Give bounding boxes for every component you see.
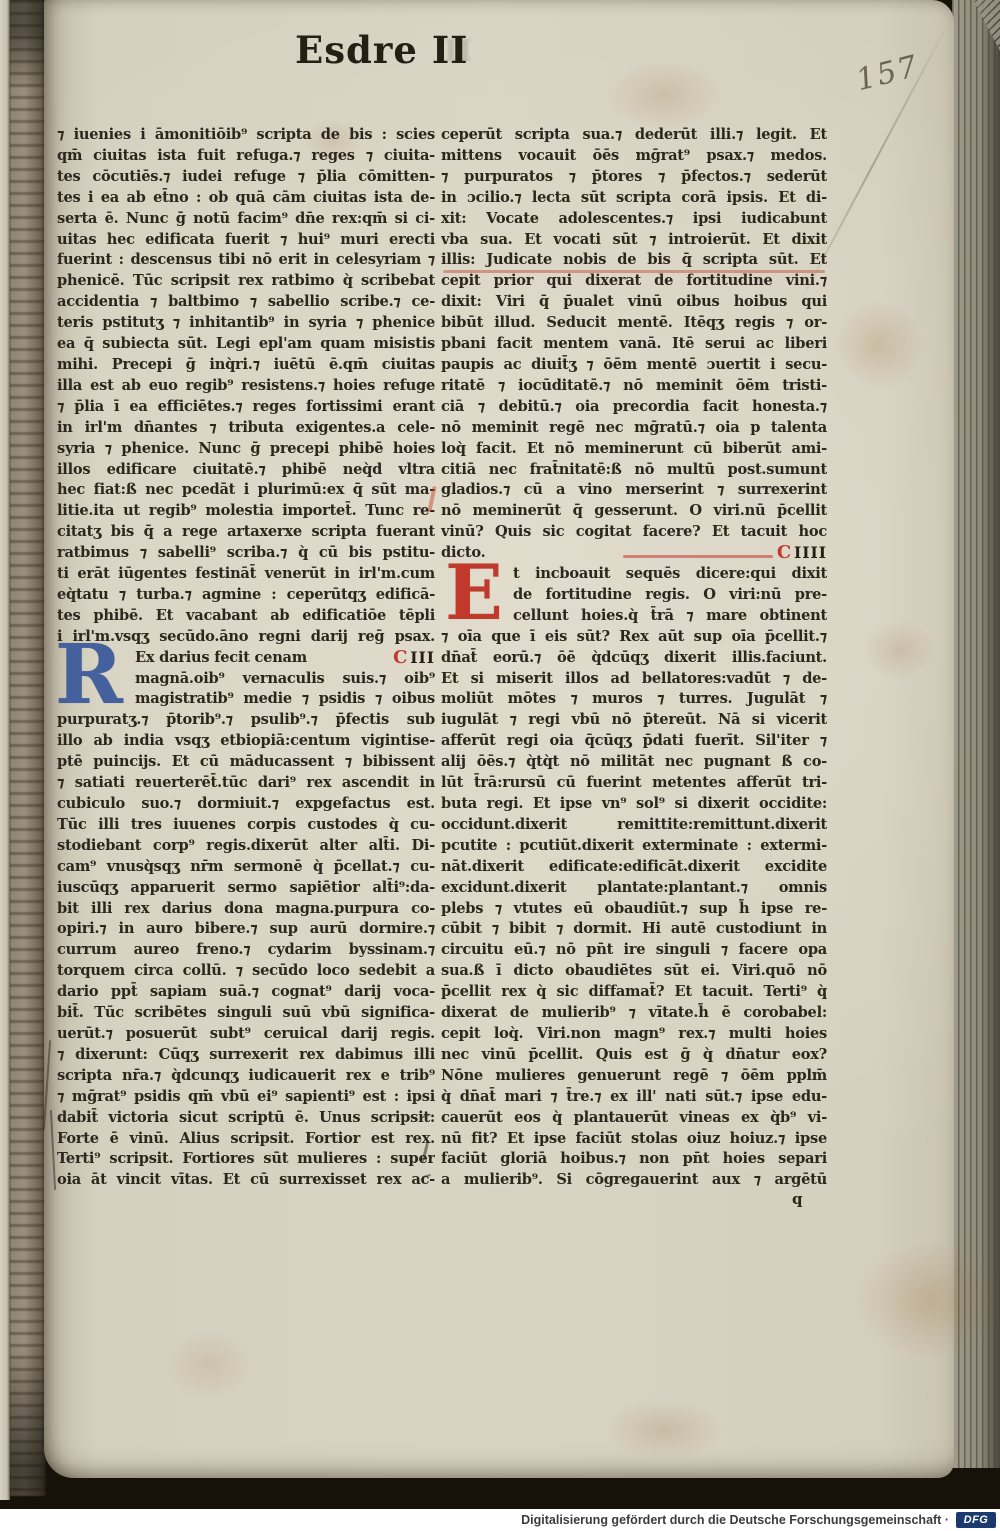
line-text: torquem circa collū. ⁊ secūdo loco sedeb… (57, 961, 435, 982)
line-text: tes cōcutiēs.⁊ iudei refuge ⁊ p̄lia cōmi… (57, 167, 435, 188)
text-line: tes cōcutiēs.⁊ iudei refuge ⁊ p̄lia cōmi… (57, 167, 435, 188)
line-text: dabit̄ victoria sicut scriptū ē. Unus sc… (57, 1108, 435, 1129)
text-line: xit: Vocate adolescentes.⁊ ipsi iudicabu… (441, 209, 827, 230)
text-line: torquem circa collū. ⁊ secūdo loco sedeb… (57, 961, 435, 982)
text-line: ptē puincijs. Et cū māducassent ⁊ bibiss… (57, 752, 435, 773)
book-foredge (0, 0, 10, 1500)
line-text: uerūt.⁊ posuerūt subt⁹ ceruical darij re… (57, 1024, 435, 1045)
text-line: ⁊ dixerunt: Cūqʒ surrexerit rex dabimus … (57, 1045, 435, 1066)
pen-marginalia (50, 1110, 56, 1190)
text-line: tes i ea ab et̄no : ob quā cām ciuitas i… (57, 188, 435, 209)
line-text: ⁊ iuenies i āmonitiōib⁹ scripta de bis :… (57, 125, 435, 146)
text-line: eq̀tatu ⁊ turba.⁊ agmine : ceperūtqʒ edi… (57, 585, 435, 606)
text-line: ritatē ⁊ iocūditatē.⁊ nō meminit ōēm tri… (441, 376, 827, 397)
line-text: ⁊ purpuratos ⁊ p̄tores ⁊ p̄fectos.⁊ sede… (441, 167, 827, 188)
digitization-footer: Digitalisierung gefördert durch die Deut… (0, 1509, 1000, 1531)
line-text: ceperūt scripta sua.⁊ dederūt illi.⁊ leg… (441, 125, 827, 146)
line-text: cepit prior qui dixerat de fortitudine v… (441, 271, 827, 292)
line-text: dixit: Viri q̄ p̄ualet vinū oibus hoibus… (441, 292, 827, 313)
line-text: Tūc illi tres iuuenes corpis custodes q̀… (57, 815, 435, 836)
text-line: ratbimus ⁊ sabelli⁹ scriba.⁊ q̀ cū bis p… (57, 543, 435, 564)
line-text: tes phibē. Et vacabant ab edificatiōe tē… (57, 606, 435, 627)
line-text: paupis ac diuit̄ʒ ⁊ ōēm mentē ɔuertit i … (441, 355, 827, 376)
text-line: dario ppt̄ sapiam suā.⁊ cognat⁹ darij vo… (57, 982, 435, 1003)
text-line: cepit prior qui dixerat de fortitudine v… (441, 271, 827, 292)
line-text: cūbit ⁊ bibit ⁊ dormit. Hi autē custodiu… (441, 919, 827, 940)
line-text: occidunt.dixerit remittite:remittunt.dix… (441, 815, 827, 836)
line-text: buta regi. Et ipse vn⁹ sol⁹ si dixerit o… (441, 794, 827, 815)
line-text: citatʒ bis q̄ a rege artaxerxe scripta f… (57, 522, 435, 543)
text-line: uitas hec edificata fuerit ⁊ hui⁹ muri e… (57, 230, 435, 251)
line-text: stodiebant corp⁹ regis.dixerūt alter alt… (57, 836, 435, 857)
line-text: illis: Judicate nobis de bis q̄ scripta … (441, 250, 827, 271)
line-text: bit̄. Tūc scribētes singuli suū vbū sign… (57, 1003, 435, 1024)
chapter-numeral: III (410, 648, 435, 669)
line-text: ptē puincijs. Et cū māducassent ⁊ bibiss… (57, 752, 435, 773)
text-line: ciā ⁊ debitū.⁊ oia precordia facit hones… (441, 397, 827, 418)
scan-background: Esdre II II 157 ⁊ iuenies i āmonitiōib⁹ … (0, 0, 1000, 1531)
text-line: loq̀ facit. Et nō meminerunt cū biberūt … (441, 439, 827, 460)
stain (604, 60, 724, 130)
text-line: dn̄at̄ eorū.⁊ ōē q̀dcūqʒ dixerit illis.f… (441, 648, 827, 669)
text-line: bit̄. Tūc scribētes singuli suū vbū sign… (57, 1003, 435, 1024)
text-line: occidunt.dixerit remittite:remittunt.dix… (441, 815, 827, 836)
text-line: plebs ⁊ vtutes eū obaudiūt.⁊ sup h̄ ipse… (441, 899, 827, 920)
line-text: nō meminit regē nec mḡratū.⁊ oia p talen… (441, 418, 827, 439)
text-line: cam⁹ vnusq̀sqʒ nr̄m sermonē q̀ p̄cellat.… (57, 857, 435, 878)
line-text: ritatē ⁊ iocūditatē.⁊ nō meminit ōēm tri… (441, 376, 827, 397)
paragraphus-icon: C (393, 648, 407, 669)
text-line: ⁊ satiati reuerterēt̄.tūc dari⁹ rex asce… (57, 773, 435, 794)
text-line: nec vinū p̄cellit. Quis est ḡ q̀ dn̄atur… (441, 1045, 827, 1066)
line-text: iuscūqʒ apparuerit sermo sapiētior alt̄i… (57, 878, 435, 899)
text-line: illo ab india vsqʒ etbiopiā:centum vigin… (57, 731, 435, 752)
line-text: de fortitudine regis. O viri:nū pre- (513, 585, 827, 606)
stain (834, 300, 924, 390)
text-line: iuscūqʒ apparuerit sermo sapiētior alt̄i… (57, 878, 435, 899)
text-line: nō meminit regē nec mḡratū.⁊ oia p talen… (441, 418, 827, 439)
text-line: uerūt.⁊ posuerūt subt⁹ ceruical darij re… (57, 1024, 435, 1045)
lombardic-initial-e: E (439, 564, 509, 622)
line-text: cam⁹ vnusq̀sqʒ nr̄m sermonē q̀ p̄cellat.… (57, 857, 435, 878)
text-line: pcutite : pcutiūt.dixerit exterminate : … (441, 836, 827, 857)
digitization-credit-text: Digitalisierung gefördert durch die Deut… (521, 1513, 949, 1527)
text-line: syria ⁊ phenice. Nunc ḡ precepi phibē ho… (57, 439, 435, 460)
line-text: dario ppt̄ sapiam suā.⁊ cognat⁹ darij vo… (57, 982, 435, 1003)
line-text: plebs ⁊ vtutes eū obaudiūt.⁊ sup h̄ ipse… (441, 899, 827, 920)
line-text: vinū? Quis sic cogitat facere? Et tacuit… (441, 522, 827, 543)
text-line: fuerint : descensus tibi nō erit in cele… (57, 250, 435, 271)
dfg-logo: DFG (956, 1512, 996, 1528)
line-text: tes i ea ab et̄no : ob quā cām ciuitas i… (57, 188, 435, 209)
line-text: nō meminerūt q̄ gesserunt. O viri.nū p̄c… (441, 501, 827, 522)
line-text: ⁊ p̄lia ī ea efficiētes.⁊ reges fortissi… (57, 397, 435, 418)
chapter-numeral: IIII (794, 543, 827, 564)
text-line: nū fit? Et ipse faciūt stolas oiuz hoiuz… (441, 1129, 827, 1150)
line-text: in irl'm dn̄antes ⁊ tributa exigentes.a … (57, 418, 435, 439)
line-text: citiā nec frat̄nitatē:ß nō multū post.su… (441, 460, 827, 481)
paragraphus-icon: C (777, 543, 791, 564)
line-text: oia āt vincit vītas. Et cū surrexisset r… (57, 1170, 435, 1191)
line-text: uitas hec edificata fuerit ⁊ hui⁹ muri e… (57, 230, 435, 251)
text-line: cubiculo suo.⁊ dormiuit.⁊ expgefactus es… (57, 794, 435, 815)
line-text: q̀ dn̄at̄ mari ⁊ t̄re.⁊ ex ill' nati sūt… (441, 1087, 827, 1108)
text-line: mihi. Precepi ḡ inq̀ri.⁊ iuētū ē.qm̄ ciu… (57, 355, 435, 376)
stain (864, 620, 934, 680)
text-line: vba sua. Et vocati sūt ⁊ introierūt. Et … (441, 230, 827, 251)
line-text: nāt.dixerit edificate:edificāt.dixerit e… (441, 857, 827, 878)
line-text: nū fit? Et ipse faciūt stolas oiuz hoiuz… (441, 1129, 827, 1150)
line-text: lūt t̄rā:rursū cū fuerint metentes affer… (441, 773, 827, 794)
text-line: currum aureo freno.⁊ cydarim byssinam.⁊ (57, 940, 435, 961)
text-line: ⁊ purpuratos ⁊ p̄tores ⁊ p̄fectos.⁊ sede… (441, 167, 827, 188)
line-text: Terti⁹ scripsit. Fortiores sūt mulieres … (57, 1149, 435, 1170)
line-text: gladios.⁊ cū a vino merserint ⁊ surrexer… (441, 480, 827, 501)
line-text: accidentia ⁊ baltbimo ⁊ sabellio scribe.… (57, 292, 435, 313)
line-text: cauerūt eos q̀ plantauerūt vineas ex q̀b… (441, 1108, 827, 1129)
line-text: cellunt hoies.q̀ t̄rā ⁊ mare obtinent (513, 606, 827, 627)
text-line: cepit loq̀. Viri.non magn⁹ rex.⁊ multi h… (441, 1024, 827, 1045)
stain (604, 1400, 724, 1460)
text-line: a mulierib⁹. Si cōgregauerint aux ⁊ argē… (441, 1170, 827, 1191)
line-text: syria ⁊ phenice. Nunc ḡ precepi phibē ho… (57, 439, 435, 460)
line-text: loq̀ facit. Et nō meminerunt cū biberūt … (441, 439, 827, 460)
line-text: ⁊ satiati reuerterēt̄.tūc dari⁹ rex asce… (57, 773, 435, 794)
line-text: mihi. Precepi ḡ inq̀ri.⁊ iuētū ē.qm̄ ciu… (57, 355, 435, 376)
catchword: q (792, 1190, 803, 1208)
text-line: iugulāt ⁊ regi vbū nō p̄tereūt. Nā si vi… (441, 710, 827, 731)
line-text: magnā.oib⁹ vernaculis suis.⁊ oib⁹ (135, 669, 435, 690)
line-text: Forte ē vinū. Alius scripsit. Fortior es… (57, 1129, 435, 1150)
text-line: p̄cellit rex q̀ sic diffamat̄? Et tacuit… (441, 982, 827, 1003)
text-line: accidentia ⁊ baltbimo ⁊ sabellio scribe.… (57, 292, 435, 313)
line-text: opiri.⁊ in auro bibere.⁊ sup aurū dormir… (57, 919, 435, 940)
line-text: Et si miserit illos ad bellatores:vadūt … (441, 669, 827, 690)
line-text: p̄cellit rex q̀ sic diffamat̄? Et tacuit… (441, 982, 827, 1003)
text-line: serta ē. Nunc ḡ notū facim⁹ dn̄e rex:qm̄… (57, 209, 435, 230)
page-edge-stack-right (952, 0, 1000, 1468)
line-text: pbani facit mentem vanā. Itē serui ac li… (441, 334, 827, 355)
line-text: hec fiat:ß nec pcedāt i plurimū:ex q̄ sū… (57, 480, 435, 501)
text-line: Et si miserit illos ad bellatores:vadūt … (441, 669, 827, 690)
text-line: Forte ē vinū. Alius scripsit. Fortior es… (57, 1129, 435, 1150)
line-text: dixerat de mulierib⁹ ⁊ vītate.h̄ ē corob… (441, 1003, 827, 1024)
text-line: ceperūt scripta sua.⁊ dederūt illi.⁊ leg… (441, 125, 827, 146)
line-text: alij ōēs.⁊ q̀tq̀t nō militāt nec pugnant… (441, 752, 827, 773)
text-line: ⁊ iuenies i āmonitiōib⁹ scripta de bis :… (57, 125, 435, 146)
text-line: paupis ac diuit̄ʒ ⁊ ōēm mentē ɔuertit i … (441, 355, 827, 376)
text-line: teris pstitutʒ ⁊ inhitantib⁹ in syria ⁊ … (57, 313, 435, 334)
line-text: qm̄ ciuitas ista fuit refuga.⁊ reges ⁊ c… (57, 146, 435, 167)
text-line: opiri.⁊ in auro bibere.⁊ sup aurū dormir… (57, 919, 435, 940)
line-text: t incboauit sequēs dicere:qui dixit (513, 564, 827, 585)
text-line: hec fiat:ß nec pcedāt i plurimū:ex q̄ sū… (57, 480, 435, 501)
line-text: sua.ß ī dicto obaudiētes sūt ei. Viri.qu… (441, 961, 827, 982)
text-line: moliūt mōtes ⁊ muros ⁊ turres. Jugulāt ⁊ (441, 689, 827, 710)
line-text: afferūt regi oia q̄cūqʒ p̄dati fuerīt. S… (441, 731, 827, 752)
text-line: sua.ß ī dicto obaudiētes sūt ei. Viri.qu… (441, 961, 827, 982)
text-line: cauerūt eos q̀ plantauerūt vineas ex q̀b… (441, 1108, 827, 1129)
text-line: faciūt gloriā hoibus.⁊ non pn̄t hoies se… (441, 1149, 827, 1170)
chapter-mark: CIII (393, 648, 435, 669)
line-text: mittens vocauit ōēs mḡrat⁹ psax.⁊ medos. (441, 146, 827, 167)
line-text: cepit loq̀. Viri.non magn⁹ rex.⁊ multi h… (441, 1024, 827, 1045)
text-line: illa est ab euo regib⁹ resistens.⁊ hoies… (57, 376, 435, 397)
text-line: citatʒ bis q̄ a rege artaxerxe scripta f… (57, 522, 435, 543)
line-text: Nōne mulieres genuerunt regē ⁊ ōēm pplm̄ (441, 1066, 827, 1087)
text-line: ⁊ mḡrat⁹ psidis qm̄ vbū ei⁹ sapienti⁹ es… (57, 1087, 435, 1108)
text-line: scripta nr̄a.⁊ q̀dcunqʒ iudicauerit rex … (57, 1066, 435, 1087)
line-text: eq̀tatu ⁊ turba.⁊ agmine : ceperūtqʒ edi… (57, 585, 435, 606)
text-line: circuitu eū.⁊ nō pn̄t ire singuli ⁊ face… (441, 940, 827, 961)
line-text: nec vinū p̄cellit. Quis est ḡ q̀ dn̄atur… (441, 1045, 827, 1066)
line-text: phenicē. Tūc scripsit rex ratbimo q̀ scr… (57, 271, 435, 292)
chapter-mark: CIIII (777, 543, 827, 564)
text-line: buta regi. Et ipse vn⁹ sol⁹ si dixerit o… (441, 794, 827, 815)
line-text: magistratib⁹ medie ⁊ psidis ⁊ oibus (135, 689, 435, 710)
line-text: excidunt.dixerit plantate:plantant.⁊ omn… (441, 878, 827, 899)
lombardic-initial-r: R (50, 644, 128, 706)
line-text: ⁊ mḡrat⁹ psidis qm̄ vbū ei⁹ sapienti⁹ es… (57, 1087, 435, 1108)
line-text: faciūt gloriā hoibus.⁊ non pn̄t hoies se… (441, 1149, 827, 1170)
rubric-underline (443, 270, 825, 273)
text-line: stodiebant corp⁹ regis.dixerūt alter alt… (57, 836, 435, 857)
line-text: teris pstitutʒ ⁊ inhitantib⁹ in syria ⁊ … (57, 313, 435, 334)
text-line: tes phibē. Et vacabant ab edificatiōe tē… (57, 606, 435, 627)
line-text: ratbimus ⁊ sabelli⁹ scriba.⁊ q̀ cū bis p… (57, 543, 435, 564)
text-line: phenicē. Tūc scripsit rex ratbimo q̀ scr… (57, 271, 435, 292)
text-line: afferūt regi oia q̄cūqʒ p̄dati fuerīt. S… (441, 731, 827, 752)
previous-page-edge (10, 0, 46, 1496)
line-text: circuitu eū.⁊ nō pn̄t ire singuli ⁊ face… (441, 940, 827, 961)
text-line: illis: Judicate nobis de bis q̄ scripta … (441, 250, 827, 271)
line-text: litie.ita ut regib⁹ molestia importet̄. … (57, 501, 435, 522)
line-text: ti erāt iūgentes festināt̄ venerūt in ir… (57, 564, 435, 585)
text-line: dabit̄ victoria sicut scriptū ē. Unus sc… (57, 1108, 435, 1129)
line-text: currum aureo freno.⁊ cydarim byssinam.⁊ (57, 940, 435, 961)
text-line: nō meminerūt q̄ gesserunt. O viri.nū p̄c… (441, 501, 827, 522)
text-column-right: ceperūt scripta sua.⁊ dederūt illi.⁊ leg… (441, 125, 827, 1191)
line-text: xit: Vocate adolescentes.⁊ ipsi iudicabu… (441, 209, 827, 230)
line-text: bit illi rex darius dona magna.purpura c… (57, 899, 435, 920)
line-text: ciā ⁊ debitū.⁊ oia precordia facit hones… (441, 397, 827, 418)
line-text: a mulierib⁹. Si cōgregauerint aux ⁊ argē… (441, 1170, 827, 1191)
text-line: in irl'm dn̄antes ⁊ tributa exigentes.a … (57, 418, 435, 439)
line-text: illo ab india vsqʒ etbiopiā:centum vigin… (57, 731, 435, 752)
text-line: bit illi rex darius dona magna.purpura c… (57, 899, 435, 920)
text-line: oia āt vincit vītas. Et cū surrexisset r… (57, 1170, 435, 1191)
text-line: dixerat de mulierib⁹ ⁊ vītate.h̄ ē corob… (441, 1003, 827, 1024)
text-line: vinū? Quis sic cogitat facere? Et tacuit… (441, 522, 827, 543)
line-text: Ex darius fecit cenam (135, 648, 307, 669)
text-line: in ɔcilio.⁊ lecta sūt scripta corā ipsis… (441, 188, 827, 209)
line-text: dn̄at̄ eorū.⁊ ōē q̀dcūqʒ dixerit illis.f… (441, 648, 827, 669)
manuscript-page: Esdre II II 157 ⁊ iuenies i āmonitiōib⁹ … (44, 0, 954, 1478)
text-line: mittens vocauit ōēs mḡrat⁹ psax.⁊ medos. (441, 146, 827, 167)
text-line: Nōne mulieres genuerunt regē ⁊ ōēm pplm̄ (441, 1066, 827, 1087)
line-text: serta ē. Nunc ḡ notū facim⁹ dn̄e rex:qm̄… (57, 209, 435, 230)
line-text: vba sua. Et vocati sūt ⁊ introierūt. Et … (441, 230, 827, 251)
text-line: litie.ita ut regib⁹ molestia importet̄. … (57, 501, 435, 522)
text-line: cūbit ⁊ bibit ⁊ dormit. Hi autē custodiu… (441, 919, 827, 940)
text-line: qm̄ ciuitas ista fuit refuga.⁊ reges ⁊ c… (57, 146, 435, 167)
text-line: ⁊ p̄lia ī ea efficiētes.⁊ reges fortissi… (57, 397, 435, 418)
line-text: fuerint : descensus tibi nō erit in cele… (57, 250, 435, 271)
text-line: q̀ dn̄at̄ mari ⁊ t̄re.⁊ ex ill' nati sūt… (441, 1087, 827, 1108)
text-line: bibūt illud. Seducit mentē. Itēqʒ regis … (441, 313, 827, 334)
line-text: cubiculo suo.⁊ dormiuit.⁊ expgefactus es… (57, 794, 435, 815)
line-text: moliūt mōtes ⁊ muros ⁊ turres. Jugulāt ⁊ (441, 689, 827, 710)
line-text: illa est ab euo regib⁹ resistens.⁊ hoies… (57, 376, 435, 397)
text-line: excidunt.dixerit plantate:plantant.⁊ omn… (441, 878, 827, 899)
text-line: Tūc illi tres iuuenes corpis custodes q̀… (57, 815, 435, 836)
line-text: illos edificare ciuitatē.⁊ phibē neq̀d v… (57, 460, 435, 481)
line-text: bibūt illud. Seducit mentē. Itēqʒ regis … (441, 313, 827, 334)
text-line: alij ōēs.⁊ q̀tq̀t nō militāt nec pugnant… (441, 752, 827, 773)
line-text: ea q̄ subiecta sūt. Legi epl'am quam mis… (57, 334, 435, 355)
ghost-title-offset: II (444, 34, 472, 69)
text-line: nāt.dixerit edificate:edificāt.dixerit e… (441, 857, 827, 878)
line-text: pcutite : pcutiūt.dixerit exterminate : … (441, 836, 827, 857)
line-text: ⁊ dixerunt: Cūqʒ surrexerit rex dabimus … (57, 1045, 435, 1066)
line-text: scripta nr̄a.⁊ q̀dcunqʒ iudicauerit rex … (57, 1066, 435, 1087)
text-line: pbani facit mentem vanā. Itē serui ac li… (441, 334, 827, 355)
running-title: Esdre II (295, 28, 468, 72)
stain (164, 1330, 254, 1400)
text-line: lūt t̄rā:rursū cū fuerint metentes affer… (441, 773, 827, 794)
text-line: citiā nec frat̄nitatē:ß nō multū post.su… (441, 460, 827, 481)
line-text: in ɔcilio.⁊ lecta sūt scripta corā ipsis… (441, 188, 827, 209)
text-line: ti erāt iūgentes festināt̄ venerūt in ir… (57, 564, 435, 585)
line-text: iugulāt ⁊ regi vbū nō p̄tereūt. Nā si vi… (441, 710, 827, 731)
text-line: dixit: Viri q̄ p̄ualet vinū oibus hoibus… (441, 292, 827, 313)
text-line: Terti⁹ scripsit. Fortiores sūt mulieres … (57, 1149, 435, 1170)
text-line: ea q̄ subiecta sūt. Legi epl'am quam mis… (57, 334, 435, 355)
text-line: gladios.⁊ cū a vino merserint ⁊ surrexer… (441, 480, 827, 501)
text-line: illos edificare ciuitatē.⁊ phibē neq̀d v… (57, 460, 435, 481)
